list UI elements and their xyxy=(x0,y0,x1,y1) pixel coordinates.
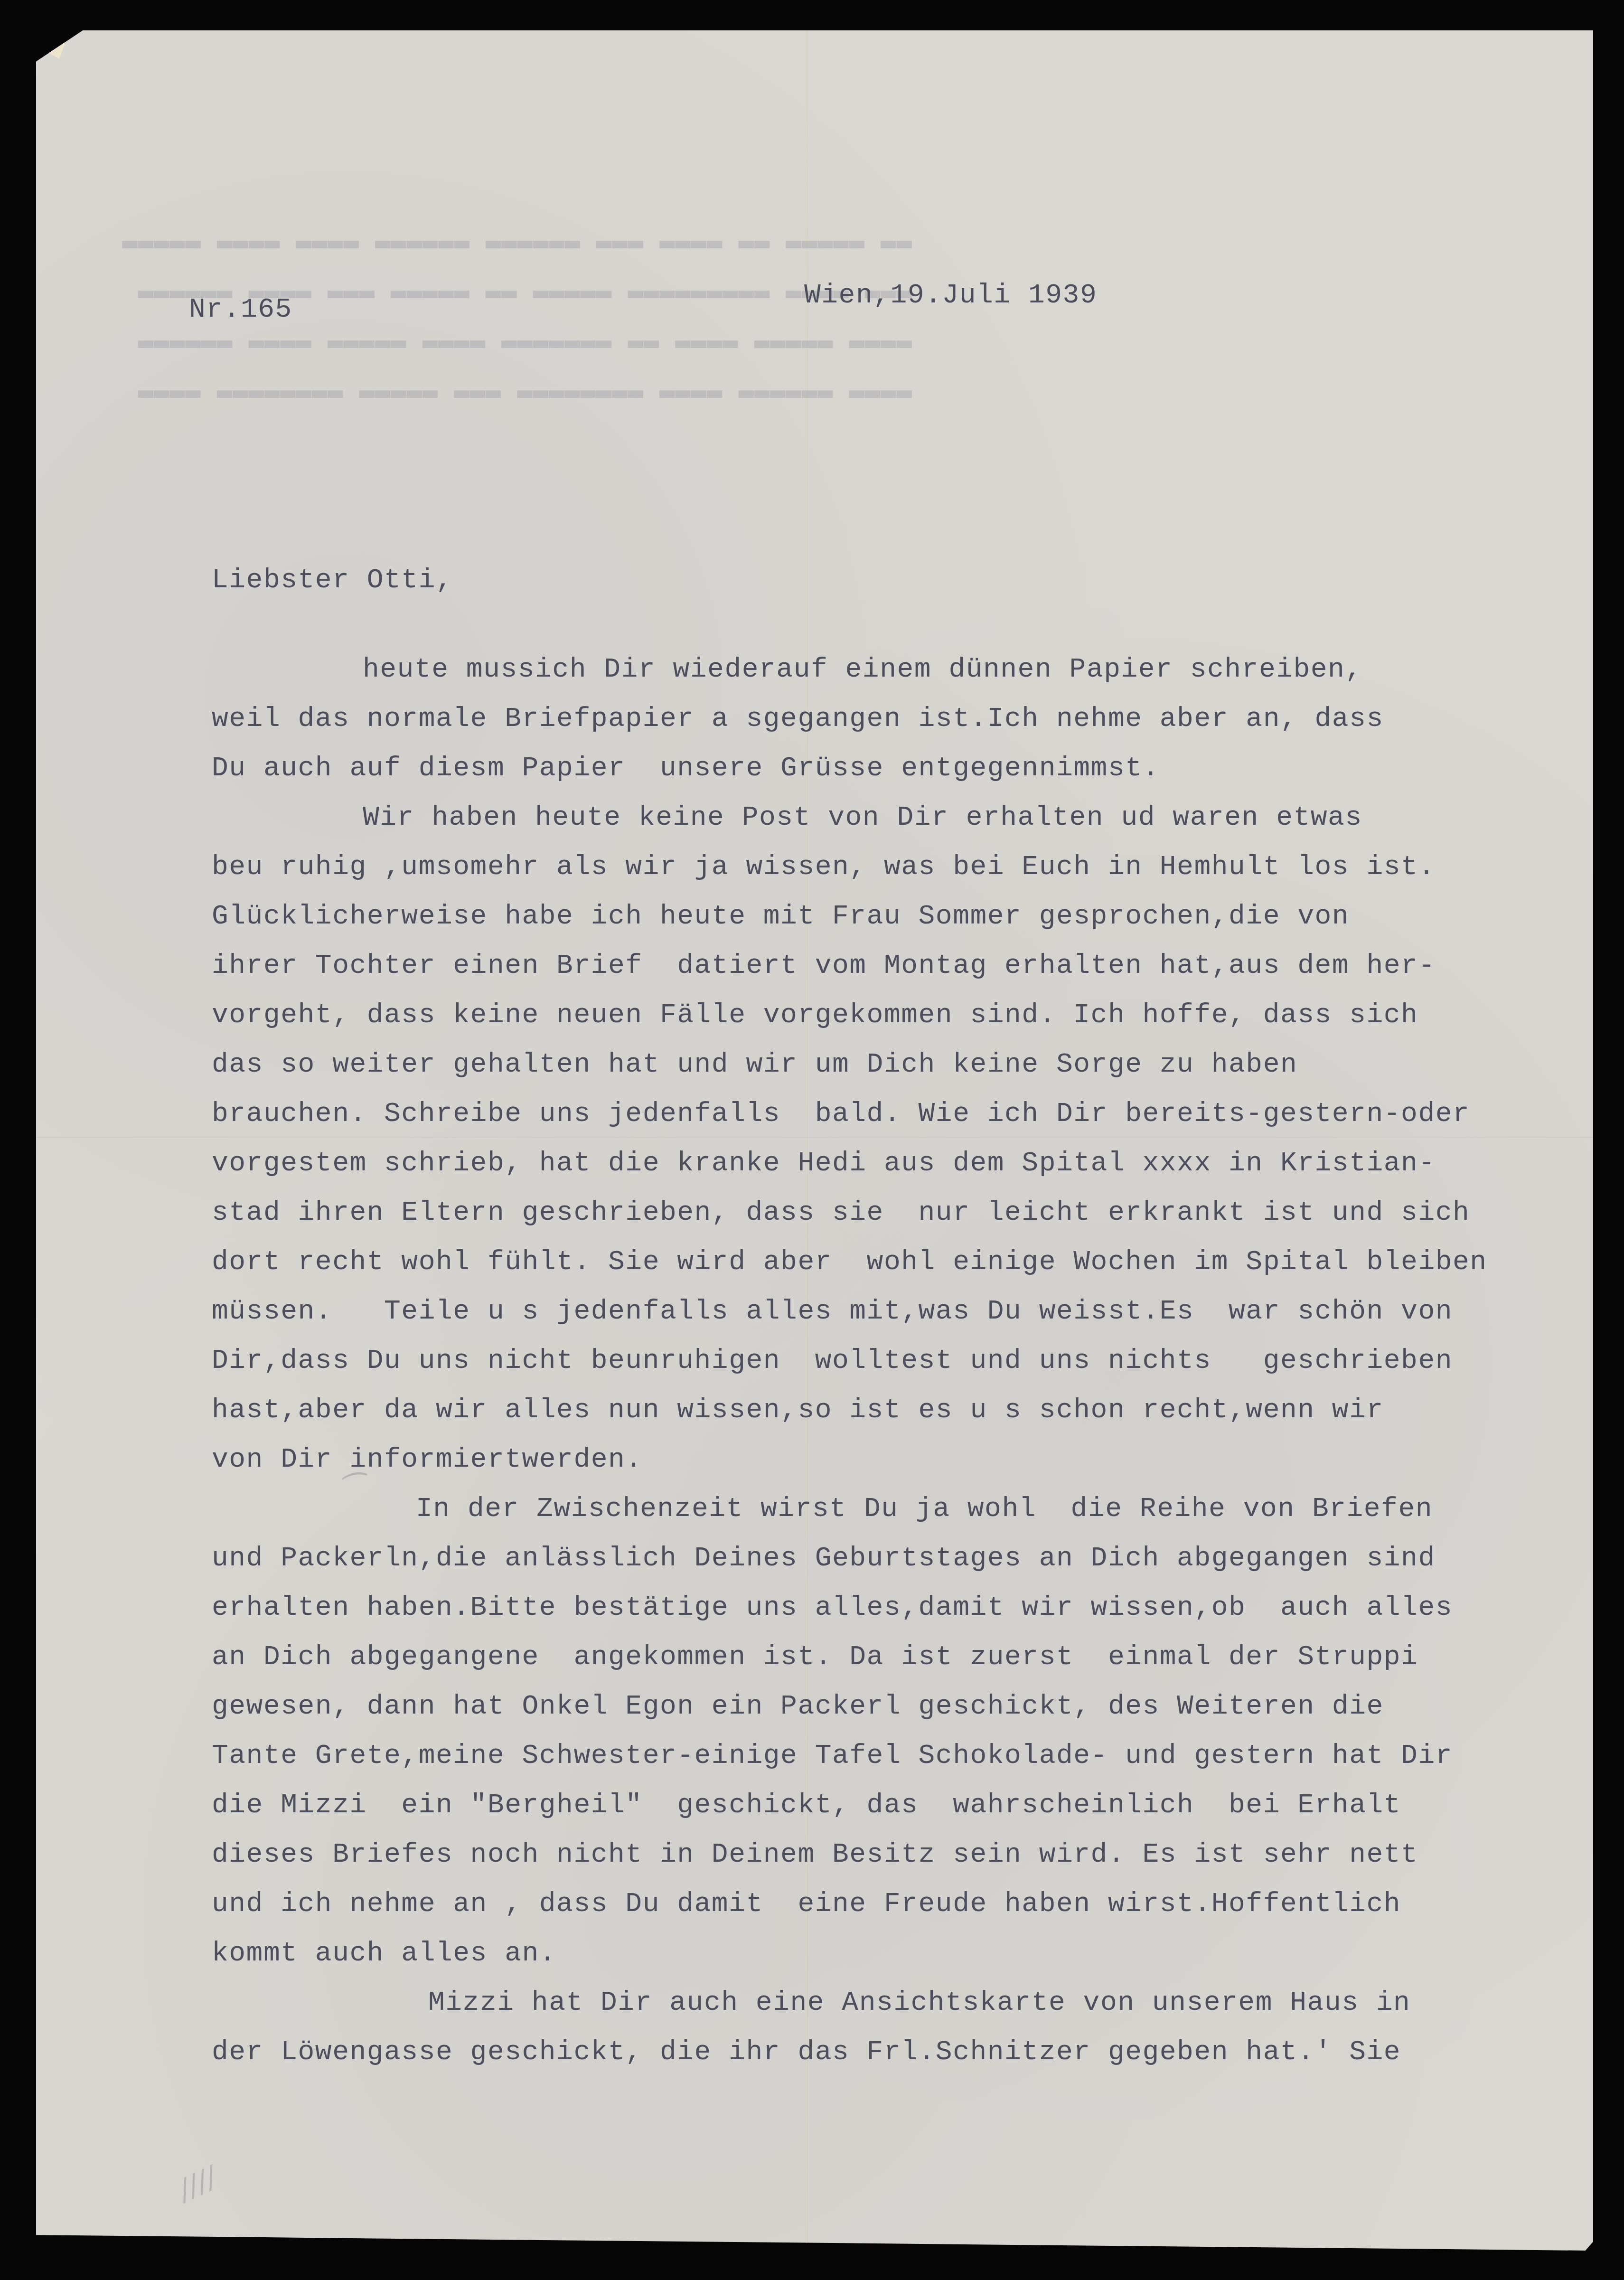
letter-number: Nr.165 xyxy=(189,296,292,324)
body-line: weil das normale Briefpapier a sgegangen… xyxy=(212,706,1384,733)
letter-paper: ▂▂ ▂▂▂▂▂ ▂▂ ▂▂▂▂ ▂▂▂ ▂▂▂▂▂▂ ▂▂▂▂▂▂ ▂▂▂▂ … xyxy=(36,30,1593,2251)
body-line: gewesen, dann hat Onkel Egon ein Packerl… xyxy=(212,1693,1384,1721)
body-line: an Dich abgegangene angekommen ist. Da i… xyxy=(212,1644,1418,1671)
body-line: Dir,dass Du uns nicht beunruhigen wollte… xyxy=(212,1347,1453,1375)
body-line: dort recht wohl fühlt. Sie wird aber woh… xyxy=(212,1249,1487,1276)
body-line: von Dir informiertwerden. xyxy=(212,1446,643,1474)
body-line: heute mussich Dir wiederauf einem dünnen… xyxy=(363,656,1362,684)
body-line: beu ruhig ,umsomehr als wir ja wissen, w… xyxy=(212,854,1436,881)
body-line: vorgestem schrieb, hat die kranke Hedi a… xyxy=(212,1150,1436,1178)
body-line: brauchen. Schreibe uns jedenfalls bald. … xyxy=(212,1101,1470,1128)
salutation: Liebster Otti, xyxy=(212,567,453,594)
body-line: ihrer Tochter einen Brief datiert vom Mo… xyxy=(212,952,1436,980)
body-line: vorgeht, dass keine neuen Fälle vorgekom… xyxy=(212,1002,1418,1029)
body-line: Du auch auf diesm Papier unsere Grüsse e… xyxy=(212,755,1160,782)
folded-corner xyxy=(36,30,69,59)
body-line: der Löwengasse geschickt, die ihr das Fr… xyxy=(212,2039,1401,2066)
body-line: hast,aber da wir alles nun wissen,so ist… xyxy=(212,1397,1384,1424)
body-line: die Mizzi ein "Bergheil" geschickt, das … xyxy=(212,1792,1401,1819)
place-date: Wien,19.Juli 1939 xyxy=(804,282,1097,310)
pencil-scribble: //// xyxy=(173,2160,222,2207)
body-line: stad ihren Eltern geschrieben, dass sie … xyxy=(212,1199,1470,1227)
body-line: Wir haben heute keine Post von Dir erhal… xyxy=(363,804,1362,832)
body-line: das so weiter gehalten hat und wir um Di… xyxy=(212,1051,1297,1079)
body-line: erhalten haben.Bitte bestätige uns alles… xyxy=(212,1594,1453,1622)
body-line: dieses Briefes noch nicht in Deinem Besi… xyxy=(212,1841,1418,1869)
body-line: und Packerln,die anlässlich Deines Gebur… xyxy=(212,1545,1436,1573)
pencil-mark: ⁀ xyxy=(337,1472,366,1508)
body-line: und ich nehme an , dass Du damit eine Fr… xyxy=(212,1891,1401,1918)
horizontal-fold-line xyxy=(36,1137,1593,1138)
body-line: kommt auch alles an. xyxy=(212,1940,556,1968)
body-line: Tante Grete,meine Schwester-einige Tafel… xyxy=(212,1743,1453,1770)
body-line: In der Zwischenzeit wirst Du ja wohl die… xyxy=(416,1496,1433,1523)
body-line: Glücklicherweise habe ich heute mit Frau… xyxy=(212,903,1349,931)
body-line: müssen. Teile u s jedenfalls alles mit,w… xyxy=(212,1298,1453,1326)
body-line: Mizzi hat Dir auch eine Ansichtskarte vo… xyxy=(428,1989,1410,2017)
